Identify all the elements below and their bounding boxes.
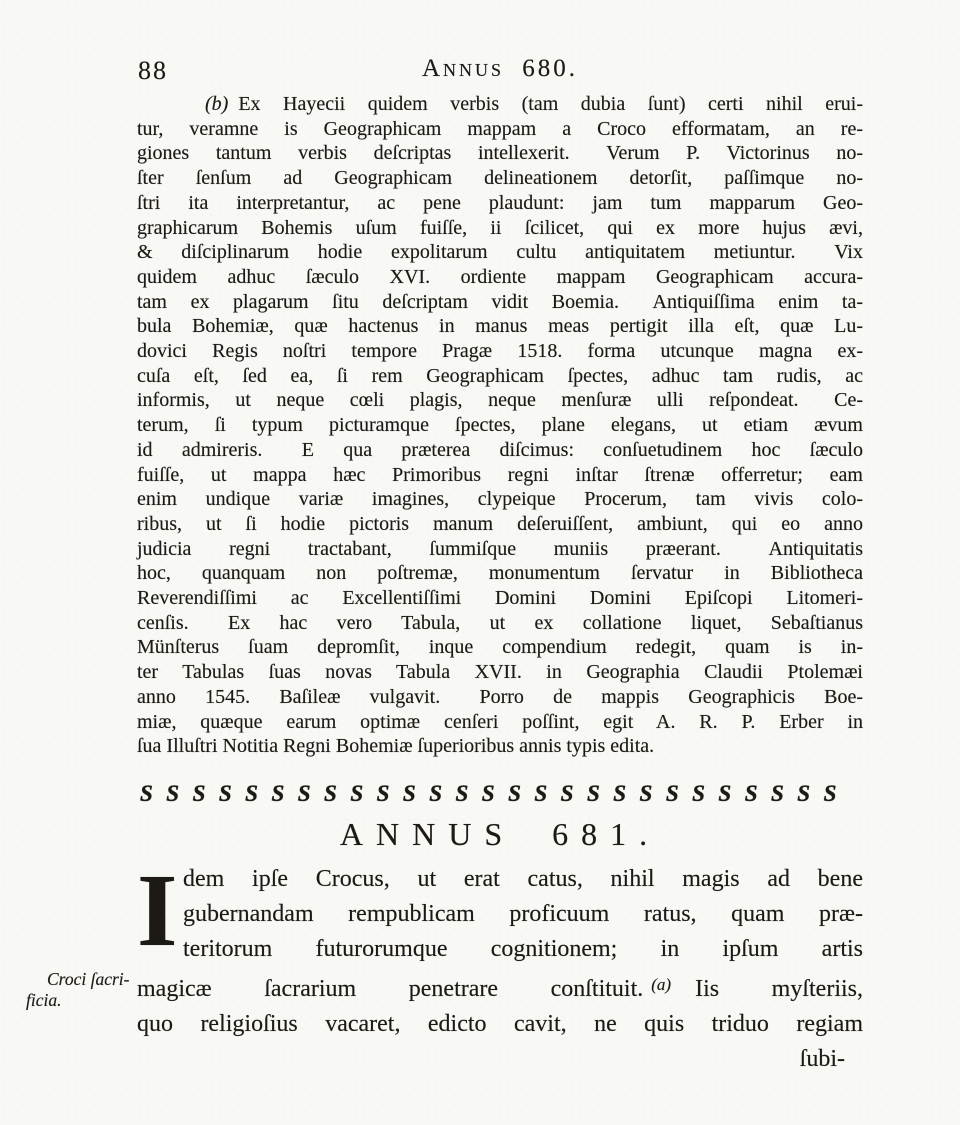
margin-note: Croci ſacri- ficia.: [26, 969, 146, 1011]
text-line: ribus, ut ſi hodie pictoris manum deſeru…: [137, 512, 863, 537]
text-line: id admireris. E qua præterea diſcimus: c…: [137, 438, 863, 463]
text-line: & diſciplinarum hodie expolitarum cultu …: [137, 240, 863, 265]
margin-note-line: Croci ſacri-: [26, 969, 146, 990]
text-line-content: Iis myſteriis,: [695, 976, 863, 1002]
text-line: cuſa eſt, ſed ea, ſi rem Geographicam ſp…: [137, 364, 863, 389]
text-line: quidem adhuc ſæculo XVI. ordiente mappam…: [137, 265, 863, 290]
text-line: Reverendiſſimi ac Excellentiſſimi Domini…: [137, 586, 863, 611]
text-line-content: Ex Hayecii quidem verbis (tam dubia ſunt…: [238, 93, 863, 115]
text-line: gubernandam rempublicam proficuum ratus,…: [137, 897, 863, 932]
text-line: fuiſſe, ut mappa hæc Primoribus regni in…: [137, 463, 863, 488]
running-head: Annus 680.: [137, 55, 863, 83]
footnote-marker-b: (b): [205, 93, 228, 115]
text-line: enim undique variæ imagines, clypeique P…: [137, 487, 863, 512]
ornament-divider: SSSSSSSSSSSSSSSSSSSSSSSSSSS: [140, 780, 866, 808]
note-b-paragraph: (b)Ex Hayecii quidem verbis (tam dubia ſ…: [137, 92, 863, 759]
text-line: cenſis. Ex hac vero Tabula, ut ex collat…: [137, 611, 863, 636]
text-line: ſtri ita interpretantur, ac pene plaudun…: [137, 191, 863, 216]
text-line: tam ex plagarum ſitu deſcriptam vidit Bo…: [137, 290, 863, 315]
text-line: dem ipſe Crocus, ut erat catus, nihil ma…: [137, 862, 863, 897]
margin-note-line: ficia.: [26, 990, 146, 1011]
text-line: terum, ſi typum picturamque ſpectes, pla…: [137, 413, 863, 438]
text-line: ſua Illuſtri Notitia Regni Bohemiæ ſuper…: [137, 734, 863, 759]
section-heading: ANNUS 681.: [137, 816, 863, 853]
annus-681-paragraph: I dem ipſe Crocus, ut erat catus, nihil …: [137, 862, 863, 1077]
text-line: graphicarum Bohemis uſum fuiſſe, ii ſcil…: [137, 216, 863, 241]
text-line: ter Tabulas ſuas novas Tabula XVII. in G…: [137, 660, 863, 685]
text-line: bula Bohemiæ, quæ hactenus in manus meas…: [137, 314, 863, 339]
text-line: anno 1545. Baſileæ vulgavit. Porro de ma…: [137, 685, 863, 710]
text-line: Münſterus ſuam depromſit, inque compendi…: [137, 635, 863, 660]
text-line-content: magicæ ſacrarium penetrare conſtituit.: [137, 976, 643, 1002]
text-line: (b)Ex Hayecii quidem verbis (tam dubia ſ…: [137, 92, 863, 117]
book-page: 88 Annus 680. (b)Ex Hayecii quidem verbi…: [0, 0, 960, 1125]
text-line: hoc, quanquam non poſtremæ, monumentum ſ…: [137, 561, 863, 586]
text-line: tur, veramne is Geographicam mappam a Cr…: [137, 117, 863, 142]
text-line: miæ, quæque earum optimæ cenſeri poſſint…: [137, 710, 863, 735]
text-line: giones tantum verbis deſcriptas intellex…: [137, 141, 863, 166]
drop-cap: I: [137, 866, 171, 966]
text-line: judicia regni tractabant, ſummiſque muni…: [137, 537, 863, 562]
text-line: dovici Regis noſtri tempore Pragæ 1518. …: [137, 339, 863, 364]
text-line: informis, ut neque cœli plagis, neque me…: [137, 388, 863, 413]
text-line: quo religioſius vacaret, edicto cavit, n…: [137, 1007, 863, 1042]
text-line: magicæ ſacrarium penetrare conſtituit.(a…: [137, 967, 863, 1007]
text-line: teritorum futurorumque cognitionem; in i…: [137, 932, 863, 967]
footnote-marker-a: (a): [651, 975, 671, 994]
catchword: ſubi-: [137, 1042, 863, 1077]
text-line: ſter ſenſum ad Geographicam delineatione…: [137, 166, 863, 191]
